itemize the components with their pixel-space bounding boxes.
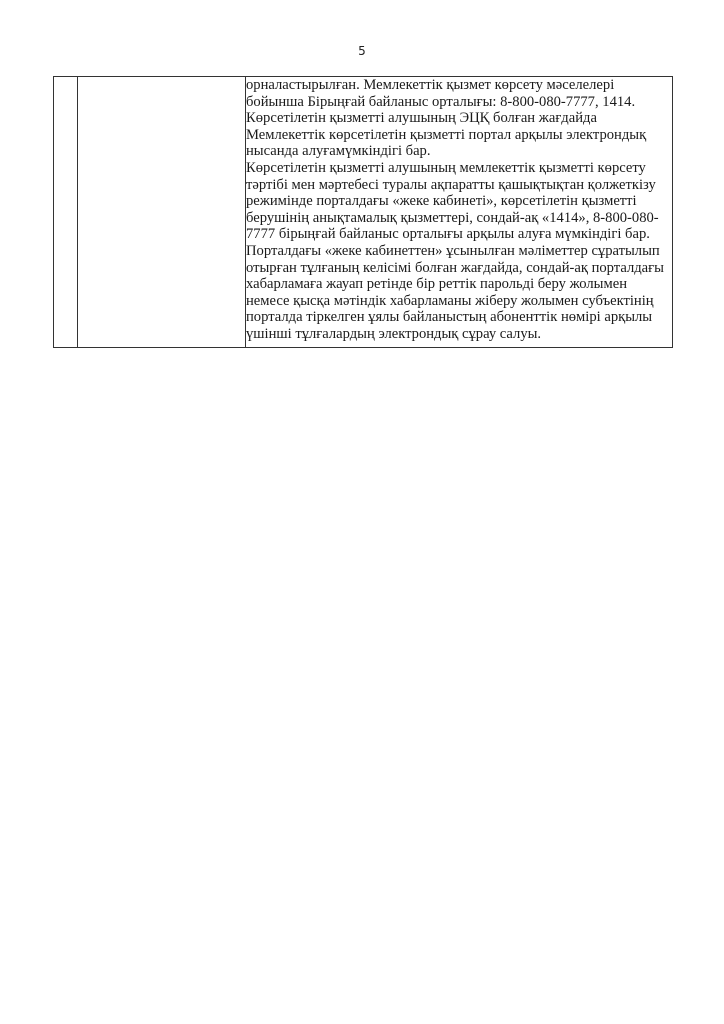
page-number: 5 [0,44,724,58]
text-line: Мемлекеттік көрсетілетін қызметті портал… [246,127,672,144]
text-line: Көрсетілетін қызметті алушының ЭЦҚ болға… [246,110,672,127]
text-line: отырған тұлғаның келісімі болған жағдайд… [246,260,672,277]
row-text-cell: орналастырылған. Мемлекеттік қызмет көрс… [246,77,673,348]
text-line: бойынша Бірыңғай байланыс орталығы: 8-80… [246,94,672,111]
text-line: тәртібі мен мәртебесі туралы ақпаратты қ… [246,177,672,194]
text-line: үшінші тұлғалардың электрондық сұрау сал… [246,326,672,343]
text-line: режимінде порталдағы «жеке кабинеті», кө… [246,193,672,210]
row-name-cell [78,77,246,348]
text-line: немесе қысқа мәтіндік хабарламаны жіберу… [246,293,672,310]
text-line: Көрсетілетін қызметті алушының мемлекетт… [246,160,672,177]
document-table: орналастырылған. Мемлекеттік қызмет көрс… [53,76,673,348]
table-row: орналастырылған. Мемлекеттік қызмет көрс… [54,77,673,348]
text-line: Порталдағы «жеке кабинеттен» ұсынылған м… [246,243,672,260]
text-line: 7777 бірыңғай байланыс орталығы арқылы а… [246,226,672,243]
text-line: порталда тіркелген ұялы байланыстың абон… [246,309,672,326]
text-line: берушінің анықтамалық қызметтері, сондай… [246,210,672,227]
text-line: нысанда алуғамүмкіндігі бар. [246,143,672,160]
text-line: орналастырылған. Мемлекеттік қызмет көрс… [246,77,672,94]
text-line: хабарламаға жауап ретінде бір реттік пар… [246,276,672,293]
row-number-cell [54,77,78,348]
